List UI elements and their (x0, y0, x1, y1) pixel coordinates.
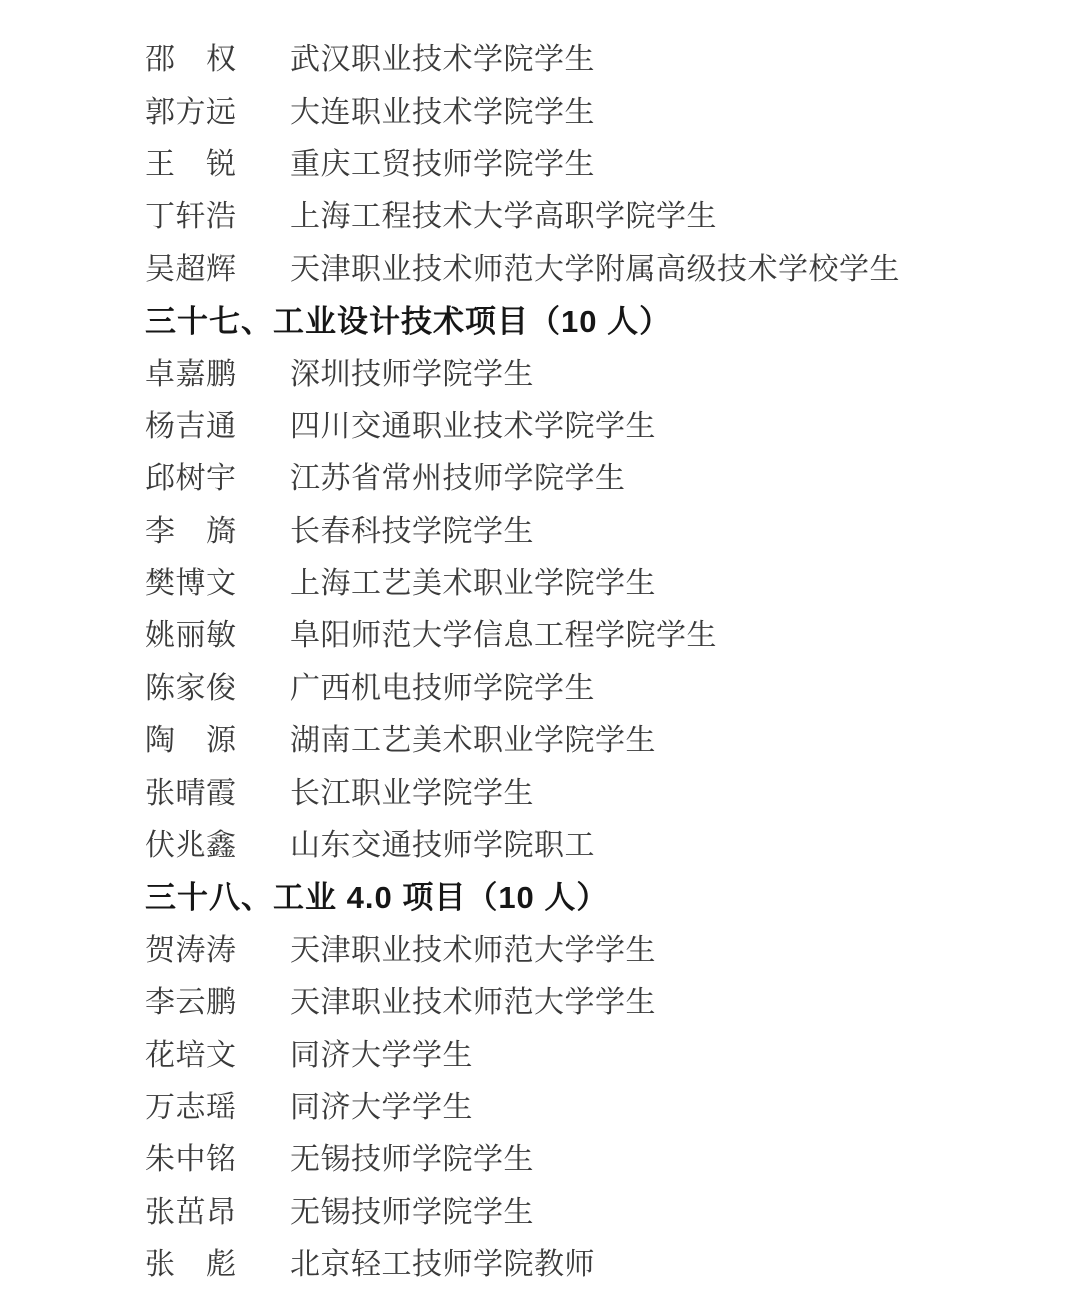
list-item: 王 锐重庆工贸技师学院学生 (145, 135, 1040, 187)
person-name: 花培文 (145, 1030, 290, 1074)
person-name: 杨吉通 (145, 401, 290, 445)
affiliation: 同济大学学生 (290, 1030, 1040, 1074)
person-name: 朱中铭 (145, 1134, 290, 1178)
person-name: 李云鹏 (145, 977, 290, 1021)
person-name: 樊博文 (145, 558, 290, 602)
affiliation: 山东交通技师学院职工 (290, 820, 1040, 864)
affiliation: 深圳技师学院学生 (290, 349, 1040, 393)
person-name: 邱树宇 (145, 453, 290, 497)
person-name: 万志瑶 (145, 1082, 290, 1126)
list-item: 郭方远大连职业技术学院学生 (145, 82, 1040, 134)
affiliation: 无锡技师学院学生 (290, 1134, 1040, 1178)
affiliation: 天津职业技术师范大学附属高级技术学校学生 (290, 244, 1040, 288)
affiliation: 北京轻工技师学院教师 (290, 1239, 1040, 1283)
person-name: 伏兆鑫 (145, 820, 290, 864)
person-name: 卓嘉鹏 (145, 349, 290, 393)
person-name: 丁轩浩 (145, 191, 290, 235)
person-name: 吴超辉 (145, 244, 290, 288)
list-item: 陈家俊广西机电技师学院学生 (145, 659, 1040, 711)
list-item: 樊博文上海工艺美术职业学院学生 (145, 554, 1040, 606)
affiliation: 湖南工艺美术职业学院学生 (290, 715, 1040, 759)
list-item: 陶 源湖南工艺美术职业学院学生 (145, 711, 1040, 763)
list-item: 姚丽敏阜阳师范大学信息工程学院学生 (145, 606, 1040, 658)
person-name: 李 旖 (145, 506, 290, 550)
person-name: 陈家俊 (145, 663, 290, 707)
list-item: 张 彪北京轻工技师学院教师 (145, 1235, 1040, 1287)
affiliation: 长春科技学院学生 (290, 506, 1040, 550)
person-name: 张 彪 (145, 1239, 290, 1283)
list-item: 邱树宇江苏省常州技师学院学生 (145, 449, 1040, 501)
list-item: 张茁昂无锡技师学院学生 (145, 1183, 1040, 1235)
affiliation: 重庆工贸技师学院学生 (290, 139, 1040, 183)
affiliation: 武汉职业技术学院学生 (290, 34, 1040, 78)
list-item: 万志瑶同济大学学生 (145, 1078, 1040, 1130)
list-item: 张晴霞长江职业学院学生 (145, 763, 1040, 815)
affiliation: 大连职业技术学院学生 (290, 87, 1040, 131)
section-heading: 三十八、工业 4.0 项目（10 人） (145, 868, 1040, 920)
list-item: 邵 权武汉职业技术学院学生 (145, 30, 1040, 82)
name-list: 邵 权武汉职业技术学院学生郭方远大连职业技术学院学生王 锐重庆工贸技师学院学生丁… (145, 30, 1040, 1287)
affiliation: 上海工程技术大学高职学院学生 (290, 191, 1040, 235)
person-name: 王 锐 (145, 139, 290, 183)
person-name: 贺涛涛 (145, 925, 290, 969)
affiliation: 江苏省常州技师学院学生 (290, 453, 1040, 497)
list-item: 丁轩浩上海工程技术大学高职学院学生 (145, 187, 1040, 239)
person-name: 邵 权 (145, 34, 290, 78)
affiliation: 同济大学学生 (290, 1082, 1040, 1126)
document-page: 邵 权武汉职业技术学院学生郭方远大连职业技术学院学生王 锐重庆工贸技师学院学生丁… (0, 0, 1080, 1299)
person-name: 陶 源 (145, 715, 290, 759)
affiliation: 上海工艺美术职业学院学生 (290, 558, 1040, 602)
list-item: 李云鹏天津职业技术师范大学学生 (145, 973, 1040, 1025)
list-item: 李 旖长春科技学院学生 (145, 502, 1040, 554)
affiliation: 长江职业学院学生 (290, 768, 1040, 812)
list-item: 贺涛涛天津职业技术师范大学学生 (145, 921, 1040, 973)
affiliation: 无锡技师学院学生 (290, 1187, 1040, 1231)
person-name: 姚丽敏 (145, 610, 290, 654)
affiliation: 四川交通职业技术学院学生 (290, 401, 1040, 445)
affiliation: 天津职业技术师范大学学生 (290, 925, 1040, 969)
list-item: 伏兆鑫山东交通技师学院职工 (145, 816, 1040, 868)
person-name: 张晴霞 (145, 768, 290, 812)
affiliation: 阜阳师范大学信息工程学院学生 (290, 610, 1040, 654)
affiliation: 天津职业技术师范大学学生 (290, 977, 1040, 1021)
list-item: 卓嘉鹏深圳技师学院学生 (145, 344, 1040, 396)
list-item: 花培文同济大学学生 (145, 1025, 1040, 1077)
list-item: 吴超辉天津职业技术师范大学附属高级技术学校学生 (145, 240, 1040, 292)
list-item: 朱中铭无锡技师学院学生 (145, 1130, 1040, 1182)
person-name: 郭方远 (145, 87, 290, 131)
person-name: 张茁昂 (145, 1187, 290, 1231)
list-item: 杨吉通四川交通职业技术学院学生 (145, 397, 1040, 449)
section-heading: 三十七、工业设计技术项目（10 人） (145, 292, 1040, 344)
affiliation: 广西机电技师学院学生 (290, 663, 1040, 707)
